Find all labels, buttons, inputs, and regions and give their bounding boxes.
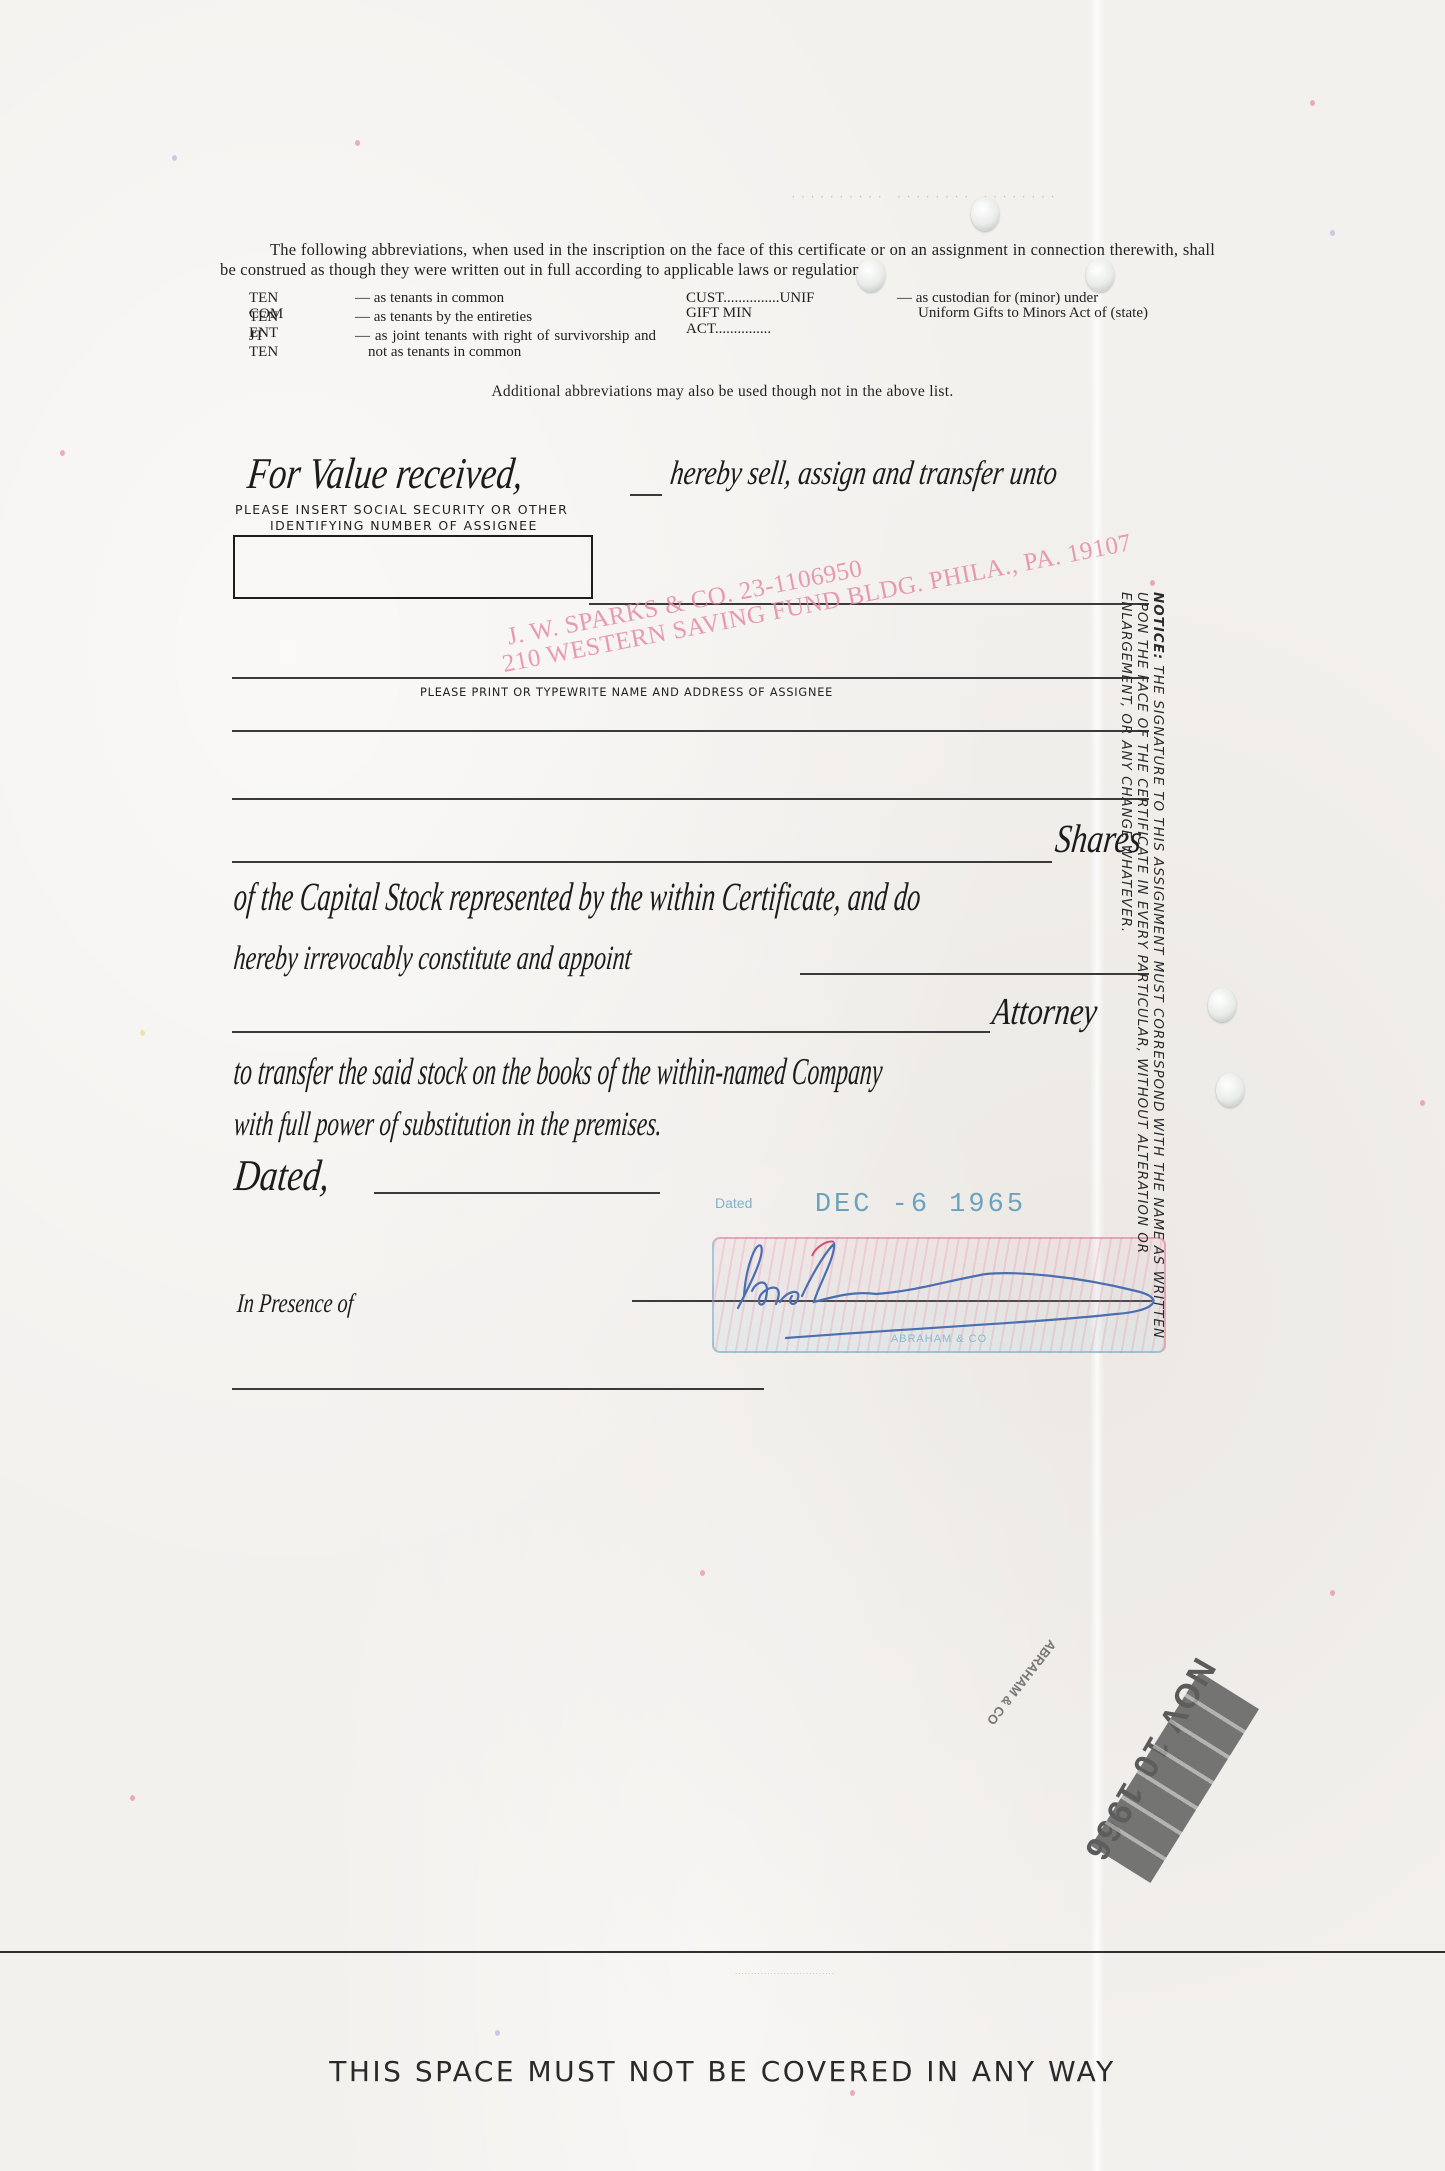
broker-stamp: J. W. SPARKS & CO. 23-1106950 210 WESTER… (505, 505, 1134, 676)
dated-stamp: Dated DEC -6 1965 (715, 1190, 1026, 1220)
paper-speck (172, 155, 177, 161)
abbr-value: — as custodian for (minor) under (897, 290, 1187, 306)
abbr-key: CUST...............UNIF (686, 290, 814, 306)
paper-speck (1330, 230, 1335, 236)
handwritten-signature (716, 1236, 1176, 1346)
no-cover-warning: THIS SPACE MUST NOT BE COVERED IN ANY WA… (0, 2055, 1445, 2088)
notice-heading: NOTICE: (1150, 592, 1165, 660)
ssn-label-line-2: IDENTIFYING NUMBER OF ASSIGNEE (270, 518, 538, 533)
dated-line[interactable] (374, 1192, 660, 1194)
attorney-name-line-2[interactable] (232, 1031, 990, 1033)
assignee-line-2[interactable] (232, 677, 1149, 679)
paper-speck (60, 450, 65, 456)
paper-speck (850, 2090, 855, 2096)
punch-hole (1086, 258, 1114, 292)
punch-hole (1216, 1073, 1244, 1107)
full-power-text: with full power of substitution in the p… (232, 1106, 664, 1144)
attorney-label: Attorney (990, 990, 1100, 1034)
punch-hole (857, 258, 885, 292)
to-transfer-text: to transfer the said stock on the books … (232, 1050, 884, 1094)
notice-text: THE SIGNATURE TO THIS ASSIGNMENT MUST CO… (1118, 592, 1165, 1339)
transfer-phrase: hereby sell, assign and transfer unto (668, 455, 1060, 493)
abbr-value: — as tenants by the entireties (355, 309, 630, 325)
abbr-key: JT TEN (249, 328, 278, 360)
hereby-appoint-text: hereby irrevocably constitute and appoin… (232, 940, 633, 978)
address-line-2[interactable] (232, 798, 1149, 800)
ssn-label-line-1: PLEASE INSERT SOCIAL SECURITY OR OTHER (235, 502, 568, 517)
abbr-value: — as tenants in common (355, 290, 630, 306)
attorney-name-line-1[interactable] (800, 973, 1149, 975)
punch-hole (1208, 988, 1236, 1022)
capital-stock-text: of the Capital Stock represented by the … (232, 873, 923, 920)
paper-speck (1420, 1100, 1425, 1106)
paper-speck (130, 1795, 135, 1801)
paper-speck (140, 1030, 145, 1036)
punch-hole (971, 197, 999, 231)
paper-speck (700, 1570, 705, 1576)
transfer-received-stamp: ABRAHAM & CO NOV 10 1966 (960, 1600, 1280, 1900)
for-value-received: For Value received, (245, 448, 526, 499)
printer-mark: ······························· (735, 1970, 835, 1978)
dated-stamp-label: Dated (715, 1195, 752, 1211)
paper-speck (495, 2030, 500, 2036)
shares-line[interactable] (232, 861, 1052, 863)
paper-speck (355, 140, 360, 146)
address-line-1[interactable] (232, 730, 1149, 732)
broker-stamp-line-1: J. W. SPARKS & CO. 23-1106950 (505, 505, 1129, 651)
witness-line[interactable] (232, 1388, 764, 1390)
received-stamp-firm: ABRAHAM & CO (984, 1637, 1059, 1728)
abbreviations-intro: The following abbreviations, when used i… (220, 240, 1215, 280)
paper-speck (1330, 1590, 1335, 1596)
in-presence-of-label: In Presence of (236, 1288, 355, 1319)
paper-speck (1310, 100, 1315, 106)
abbr-value: Uniform Gifts to Minors Act of (state) (918, 305, 1188, 321)
blank-after-for-value (630, 494, 662, 496)
dated-stamp-value: DEC -6 1965 (815, 1190, 1026, 1220)
abbr-value: — as joint tenants with right of survivo… (355, 328, 656, 360)
paper-speck (1150, 580, 1155, 586)
assignee-label: PLEASE PRINT OR TYPEWRITE NAME AND ADDRE… (420, 686, 833, 699)
no-cover-divider (0, 1951, 1445, 1953)
dated-label: Dated, (232, 1150, 333, 1201)
signature-notice: NOTICE: THE SIGNATURE TO THIS ASSIGNMENT… (1117, 592, 1165, 1372)
additional-abbreviations-note: Additional abbreviations may also be use… (0, 383, 1445, 401)
abbr-key: GIFT MIN ACT............... (686, 305, 771, 337)
ssn-input-box[interactable] (233, 535, 593, 599)
